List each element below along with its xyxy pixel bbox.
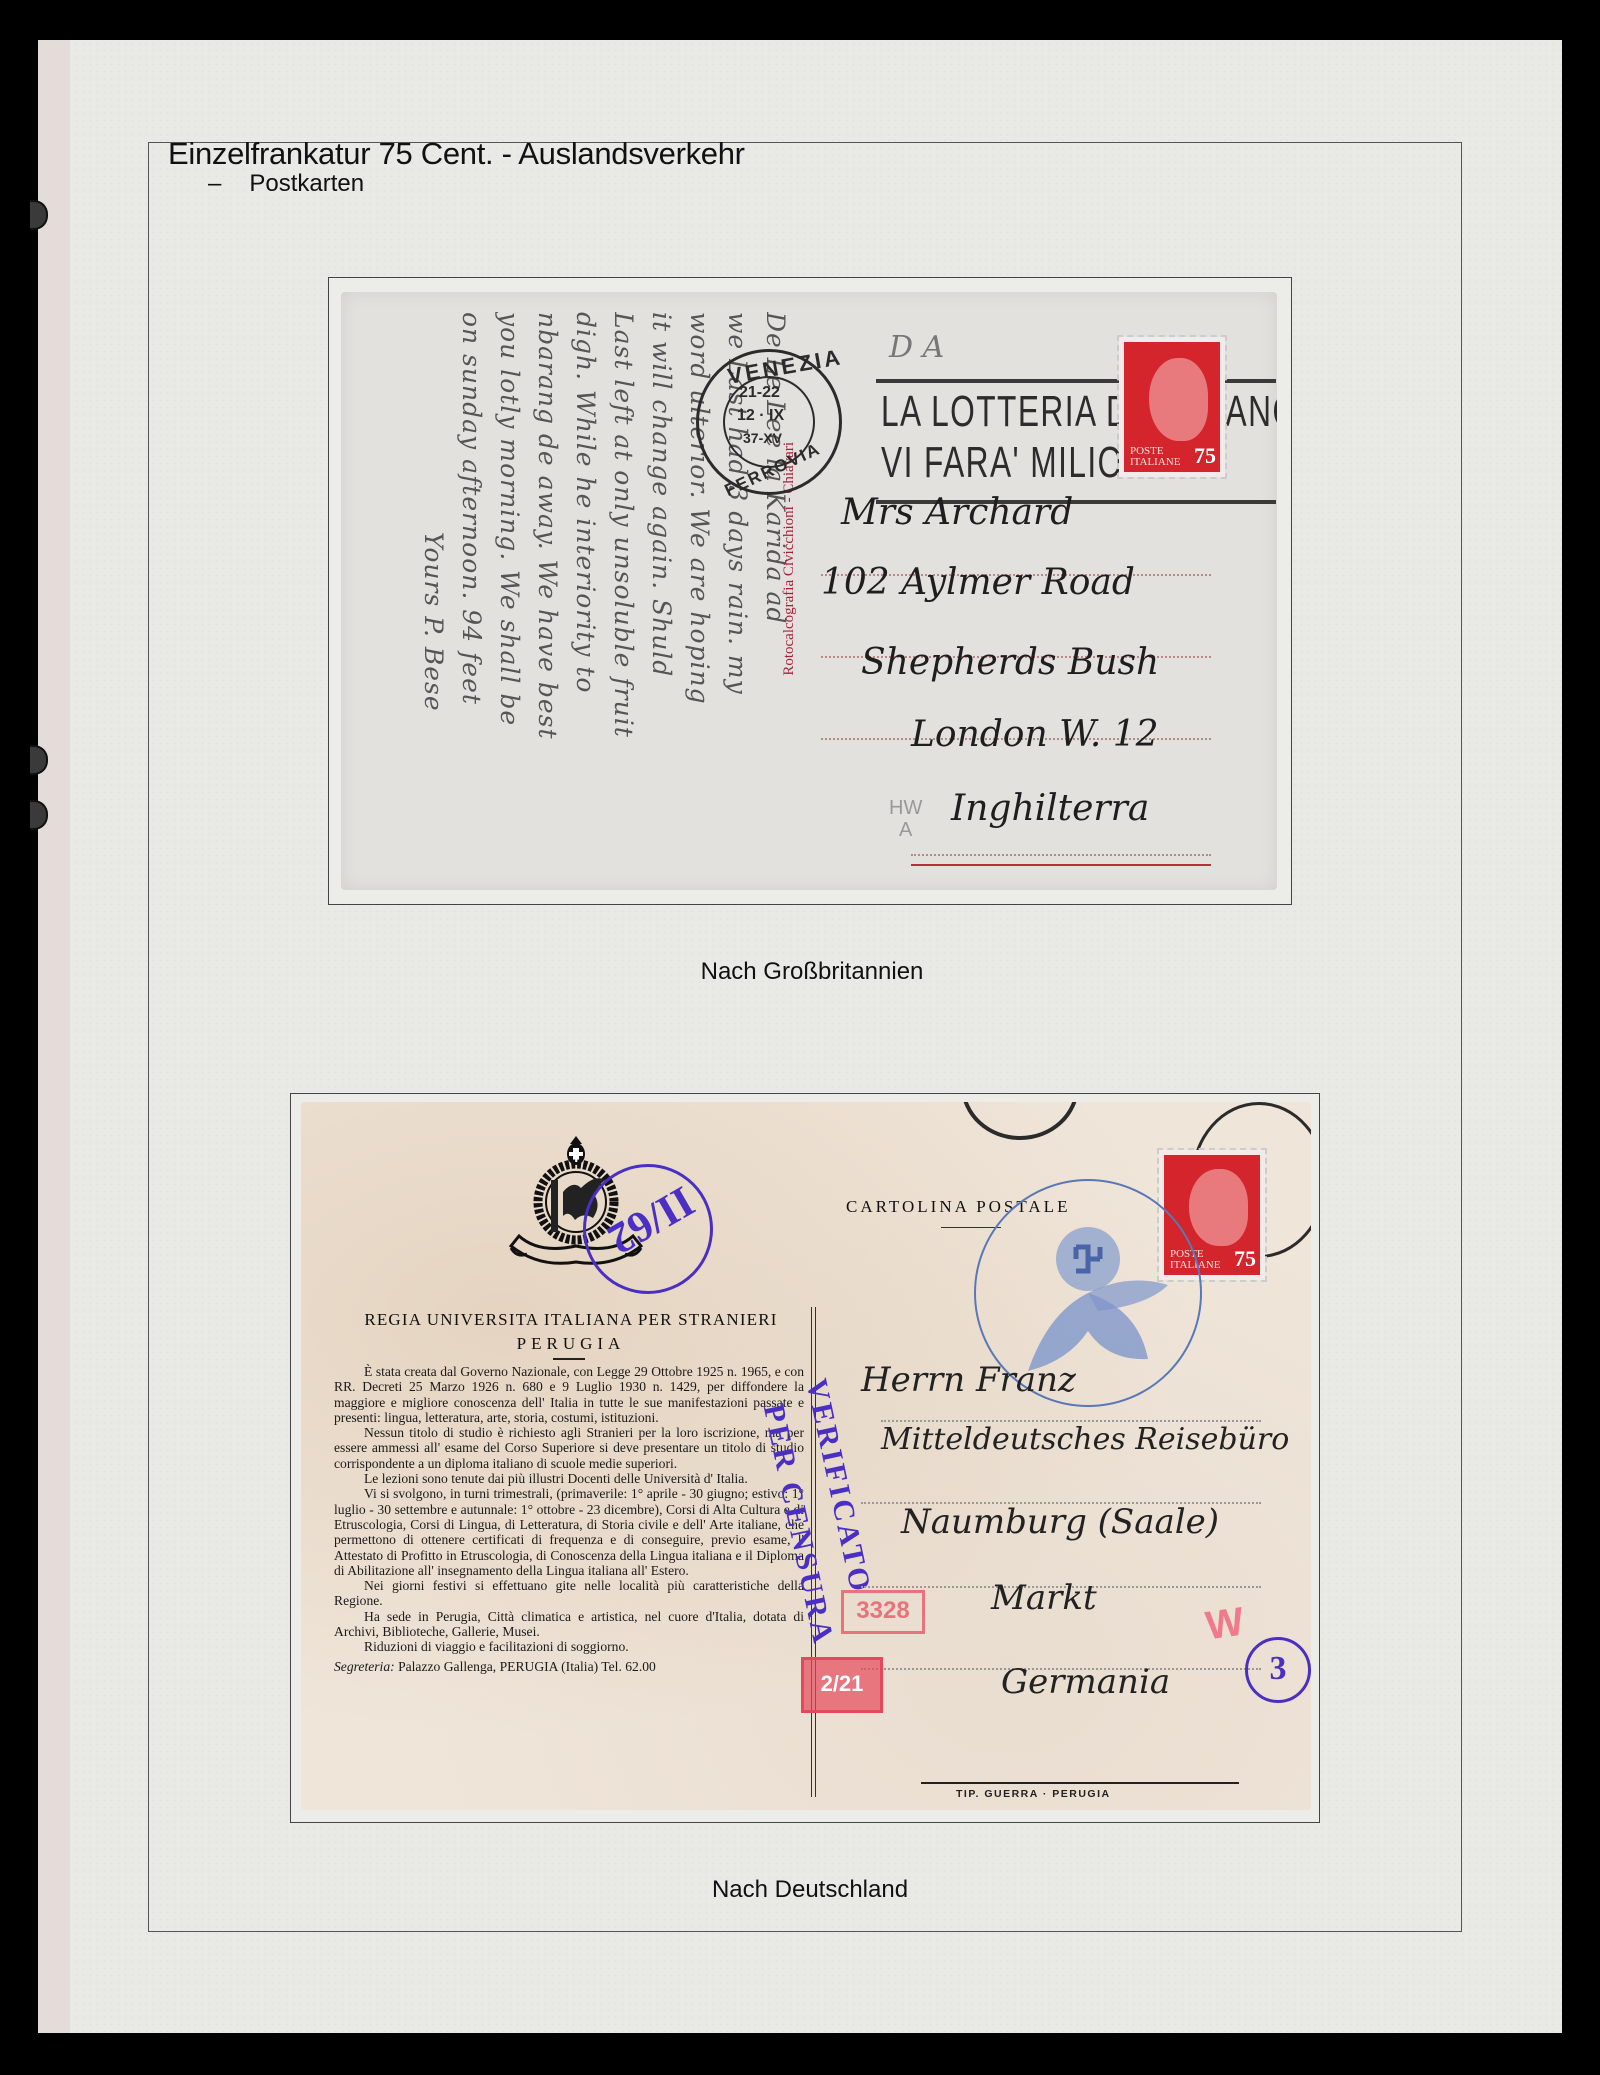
pencil-mark: D A [889, 330, 944, 365]
pencil-note-line: A [889, 819, 922, 841]
address-line: Mitteldeutsches Reisebüro [881, 1422, 1289, 1457]
censor-red-box-filled: 2/21 [801, 1657, 883, 1713]
address-line: 102 Aylmer Road [821, 562, 1135, 603]
body-paragraph: Le lezioni sono tenute dai più illustri … [334, 1471, 804, 1486]
address-line: Shepherds Bush [861, 642, 1159, 683]
message-line: digh. While he interiority to [571, 312, 600, 872]
secretariat-line: Segreteria: Palazzo Gallenga, PERUGIA (I… [334, 1659, 804, 1674]
bottom-rule [921, 1782, 1239, 1784]
title-rule [553, 1358, 585, 1360]
secretariat-text: Palazzo Gallenga, PERUGIA (Italia) Tel. … [398, 1659, 656, 1674]
printer-imprint: TIP. GUERRA · PERUGIA [956, 1788, 1111, 1800]
address-line: Markt [991, 1578, 1097, 1618]
album-page: Einzelfrankatur 75 Cent. - Auslandsverke… [38, 40, 1562, 2033]
address-red-rule [911, 864, 1211, 866]
stamp-value: 75 [1194, 443, 1216, 469]
body-paragraph: È stata creata dal Governo Nazionale, co… [334, 1364, 804, 1425]
censor-number: II/62 [599, 1176, 703, 1265]
subtitle-text: Postkarten [249, 170, 364, 197]
page-title: Einzelfrankatur 75 Cent. - Auslandsverke… [168, 136, 745, 172]
address-dotted-line [911, 854, 1211, 856]
postmark-date: 12 · IX [737, 407, 784, 425]
stamp-value: 75 [1234, 1246, 1256, 1272]
address-line: Naumburg (Saale) [901, 1502, 1219, 1542]
postmark-year: 37-XV [743, 430, 782, 446]
censor-number-circle: 3 [1245, 1637, 1311, 1703]
address-line: Mrs Archard [841, 492, 1073, 533]
postcard-germany: REGIA UNIVERSITA ITALIANA PER STRANIERI … [301, 1102, 1311, 1810]
body-paragraph: Ha sede in Perugia, Città climatica e ar… [334, 1609, 804, 1640]
pencil-note: HW A [889, 797, 922, 841]
university-city: PERUGIA [321, 1334, 821, 1354]
caption-germany: Nach Deutschland [712, 1876, 908, 1904]
message-line: Last left at only unsoluble fruit [609, 312, 638, 872]
postmark-time: 21-22 [739, 384, 780, 402]
censor-circle-stamp: II/62 [583, 1164, 713, 1294]
body-paragraph: Riduzioni di viaggio e facilitazioni di … [334, 1639, 804, 1654]
pencil-note-line: HW [889, 797, 922, 819]
censor-red-box: 3328 [841, 1590, 925, 1634]
message-line: you lotly morning. We shall be [495, 312, 524, 872]
secretariat-label: Segreteria: [334, 1659, 395, 1674]
page-subtitle: –Postkarten [208, 170, 364, 198]
censor-red-letter: W [1203, 1600, 1247, 1650]
address-line: Germania [1001, 1662, 1170, 1702]
venezia-postmark: VENEZIA 21-22 12 · IX 37-XV FERROVIA [696, 349, 842, 495]
message-signature: Yours P. Bese [419, 532, 448, 890]
message-line: on sunday afternoon. 94 feet [457, 312, 486, 872]
postcard-great-britain: De Le Lee la Karida ad we Last had 3 day… [341, 292, 1277, 890]
body-paragraph: Nei giorni festivi si effettuano gite ne… [334, 1578, 804, 1609]
postmark-arc [961, 1102, 1079, 1140]
stamp-75-cent: POSTE ITALIANE 75 [1119, 337, 1225, 477]
card-mount-2: REGIA UNIVERSITA ITALIANA PER STRANIERI … [290, 1093, 1320, 1823]
king-portrait-icon [1149, 358, 1209, 441]
university-title: REGIA UNIVERSITA ITALIANA PER STRANIERI [321, 1310, 821, 1330]
address-line: London W. 12 [911, 714, 1159, 755]
card-mount-1: De Le Lee la Karida ad we Last had 3 day… [328, 277, 1292, 905]
message-line: nbarang de away. We have best [533, 312, 562, 872]
body-paragraph: Nessun titolo di studio è richiesto agli… [334, 1425, 804, 1471]
subtitle-dash: – [208, 170, 221, 197]
address-line: Inghilterra [951, 788, 1149, 829]
university-description: È stata creata dal Governo Nazionale, co… [334, 1364, 804, 1674]
caption-great-britain: Nach Großbritannien [701, 958, 924, 986]
address-line: Herrn Franz [861, 1360, 1076, 1400]
body-paragraph: Vi si svolgono, in turni trimestrali, (p… [334, 1486, 804, 1578]
page-margin-strip [38, 40, 70, 2033]
message-line: it will change again. Shuld [647, 312, 676, 872]
